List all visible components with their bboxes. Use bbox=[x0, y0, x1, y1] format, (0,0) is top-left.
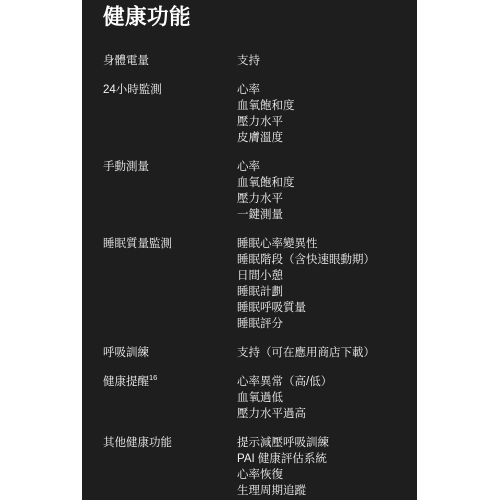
spec-row-values: 支持 bbox=[237, 53, 399, 69]
spec-row: 其他健康功能 提示減壓呼吸訓練PAI 健康評估系統心率恢復生理周期追蹤 bbox=[103, 435, 399, 499]
spec-value: 血氧飽和度 bbox=[237, 98, 399, 114]
spec-value: 支持 bbox=[237, 53, 399, 69]
spec-value: 皮膚溫度 bbox=[237, 130, 399, 146]
spec-value: 心率異常（高/低） bbox=[237, 374, 399, 390]
spec-row: 睡眠質量監測 睡眠心率變異性睡眠階段（含快速眼動期）日間小憩睡眠計劃睡眠呼吸質量… bbox=[103, 236, 399, 332]
page-title: 健康功能 bbox=[103, 5, 399, 29]
spec-row-values: 支持（可在應用商店下載） bbox=[237, 345, 399, 361]
spec-row-values: 心率血氧飽和度壓力水平一鍵測量 bbox=[237, 159, 399, 223]
spec-row-label-footnote: 16 bbox=[149, 373, 157, 382]
spec-row: 呼吸訓練 支持（可在應用商店下載） bbox=[103, 345, 399, 361]
spec-value: 血氧過低 bbox=[237, 390, 399, 406]
spec-row-label: 睡眠質量監測 bbox=[103, 236, 237, 332]
spec-value: 睡眠階段（含快速眼動期） bbox=[237, 252, 399, 268]
spec-value: 心率 bbox=[237, 82, 399, 98]
spec-row-label-text: 手動測量 bbox=[103, 161, 149, 173]
spec-value: 支持（可在應用商店下載） bbox=[237, 345, 399, 361]
spec-row-label-text: 健康提醒 bbox=[103, 376, 149, 388]
spec-value: 提示減壓呼吸訓練 bbox=[237, 435, 399, 451]
spec-row-label: 24小時監測 bbox=[103, 82, 237, 146]
spec-row-label: 呼吸訓練 bbox=[103, 345, 237, 361]
spec-table: 身體電量 支持 24小時監測 心率血氧飽和度壓力水平皮膚溫度 手動測量 心率血氧… bbox=[103, 53, 399, 499]
spec-value: 一鍵測量 bbox=[237, 207, 399, 223]
spec-value: 睡眠評分 bbox=[237, 316, 399, 332]
spec-row-label: 手動測量 bbox=[103, 159, 237, 223]
spec-row-label-text: 其他健康功能 bbox=[103, 437, 172, 449]
spec-row: 24小時監測 心率血氧飽和度壓力水平皮膚溫度 bbox=[103, 82, 399, 146]
spec-row-label-text: 24小時監測 bbox=[103, 84, 162, 96]
spec-value: 壓力水平 bbox=[237, 191, 399, 207]
spec-value: 血氧飽和度 bbox=[237, 175, 399, 191]
spec-row-values: 心率異常（高/低）血氧過低壓力水平過高 bbox=[237, 374, 399, 422]
spec-row-values: 心率血氧飽和度壓力水平皮膚溫度 bbox=[237, 82, 399, 146]
spec-row-label-text: 睡眠質量監測 bbox=[103, 238, 172, 250]
spec-row: 手動測量 心率血氧飽和度壓力水平一鍵測量 bbox=[103, 159, 399, 223]
spec-row: 健康提醒16 心率異常（高/低）血氧過低壓力水平過高 bbox=[103, 374, 399, 422]
spec-row-label: 健康提醒16 bbox=[103, 374, 237, 422]
spec-value: 生理周期追蹤 bbox=[237, 483, 399, 499]
spec-row-label: 身體電量 bbox=[103, 53, 237, 69]
spec-value: 睡眠計劃 bbox=[237, 284, 399, 300]
spec-value: 壓力水平過高 bbox=[237, 406, 399, 422]
health-spec-panel: 健康功能 身體電量 支持 24小時監測 心率血氧飽和度壓力水平皮膚溫度 手動測量… bbox=[82, 0, 417, 500]
spec-row-label: 其他健康功能 bbox=[103, 435, 237, 499]
spec-value: 睡眠心率變異性 bbox=[237, 236, 399, 252]
spec-row: 身體電量 支持 bbox=[103, 53, 399, 69]
spec-value: 心率恢復 bbox=[237, 467, 399, 483]
spec-row-label-text: 身體電量 bbox=[103, 55, 149, 67]
page-background: 健康功能 身體電量 支持 24小時監測 心率血氧飽和度壓力水平皮膚溫度 手動測量… bbox=[0, 0, 500, 500]
spec-value: 日間小憩 bbox=[237, 268, 399, 284]
spec-value: 睡眠呼吸質量 bbox=[237, 300, 399, 316]
spec-row-values: 睡眠心率變異性睡眠階段（含快速眼動期）日間小憩睡眠計劃睡眠呼吸質量睡眠評分 bbox=[237, 236, 399, 332]
spec-value: PAI 健康評估系統 bbox=[237, 451, 399, 467]
spec-row-label-text: 呼吸訓練 bbox=[103, 347, 149, 359]
spec-row-values: 提示減壓呼吸訓練PAI 健康評估系統心率恢復生理周期追蹤 bbox=[237, 435, 399, 499]
spec-value: 壓力水平 bbox=[237, 114, 399, 130]
spec-value: 心率 bbox=[237, 159, 399, 175]
